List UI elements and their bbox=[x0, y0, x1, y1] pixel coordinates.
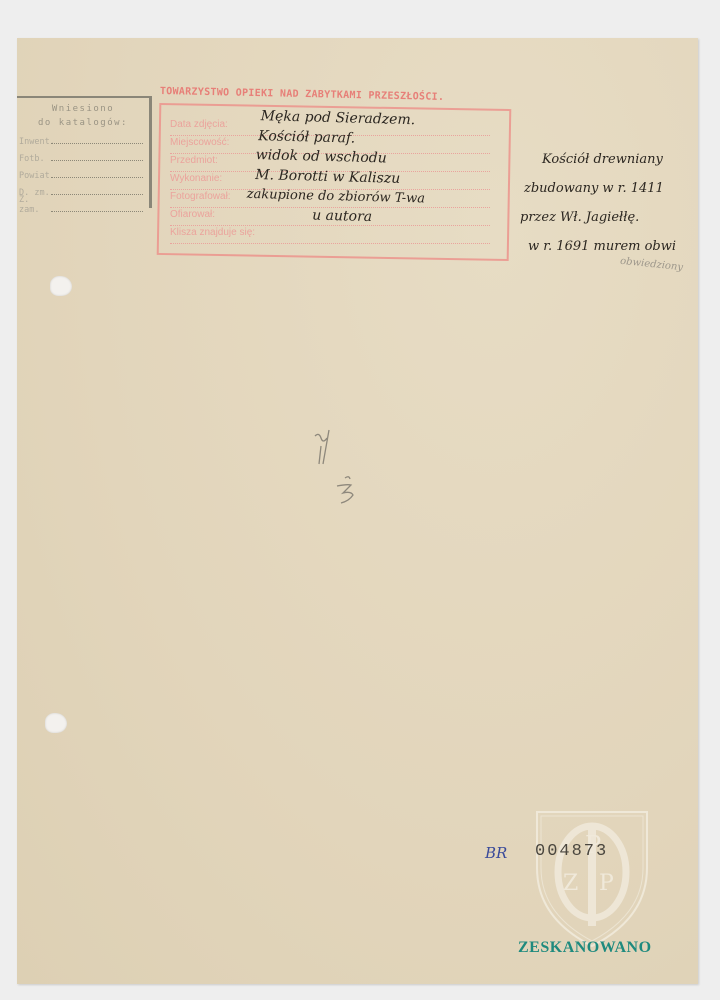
catalog-field: Z. zam. bbox=[17, 198, 149, 215]
svg-text:P: P bbox=[599, 871, 614, 896]
pencil-mark bbox=[307, 428, 367, 508]
catalog-stamp-title-2: do katalogów: bbox=[17, 116, 149, 130]
collection-prefix: BR bbox=[485, 844, 507, 862]
catalog-number: 004873 bbox=[535, 842, 608, 861]
catalog-field: Powiat bbox=[17, 164, 149, 181]
scanned-stamp: ZESKANOWANO bbox=[518, 939, 652, 957]
catalog-stamp: Wniesiono do katalogów: Inwent. Fotb. Po… bbox=[17, 96, 152, 208]
handwritten-history-note: Kościół drewniany zbudowany w r. 1411 pr… bbox=[520, 145, 676, 261]
catalog-field: Fotb. bbox=[17, 147, 149, 164]
punch-hole-bottom bbox=[45, 713, 67, 733]
society-field: Klisza znajduje się: bbox=[170, 227, 490, 244]
punch-hole-top bbox=[50, 276, 72, 296]
document-sheet: Wniesiono do katalogów: Inwent. Fotb. Po… bbox=[17, 38, 698, 984]
society-stamp-header: TOWARZYSTWO OPIEKI NAD ZABYTKAMI PRZESZŁ… bbox=[160, 86, 445, 103]
catalog-stamp-title-1: Wniesiono bbox=[17, 102, 149, 116]
catalog-field: Inwent. bbox=[17, 130, 149, 147]
watermark-emblem: P Z P bbox=[533, 808, 651, 948]
handwritten-inscription: Męka pod Sieradzem. Kościół paraf. widok… bbox=[252, 107, 433, 229]
svg-text:Z: Z bbox=[563, 871, 578, 896]
